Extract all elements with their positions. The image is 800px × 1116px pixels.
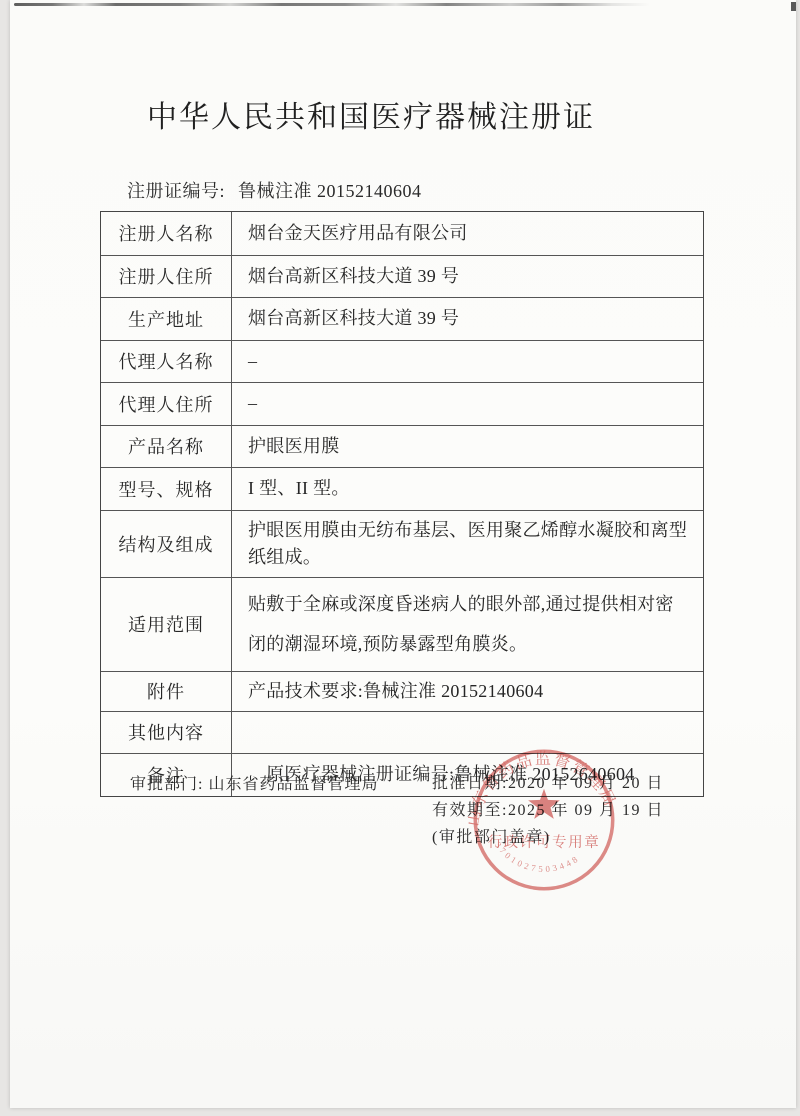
row-label-cell: 注册人住所 (101, 256, 232, 298)
approval-department-value: 山东省药品监督管理局 (208, 776, 378, 793)
table-row: 生产地址 烟台高新区科技大道 39 号 (101, 297, 703, 340)
row-label-cell: 型号、规格 (101, 468, 232, 510)
scan-artifact-corner-mark (791, 2, 796, 11)
approval-department-label: 审批部门: (130, 776, 203, 793)
row-label-cell: 注册人名称 (101, 212, 232, 255)
certificate-title: 中华人民共和国医疗器械注册证 (147, 92, 595, 136)
table-row: 代理人名称 – (101, 340, 703, 383)
row-label-cell: 生产地址 (101, 298, 232, 340)
certificate-table: 注册人名称 烟台金天医疗用品有限公司 注册人住所 烟台高新区科技大道 39 号 … (100, 211, 704, 797)
row-label-cell: 代理人住所 (101, 383, 232, 425)
row-value-cell: 烟台金天医疗用品有限公司 (232, 212, 703, 255)
row-value-cell: 烟台高新区科技大道 39 号 (232, 298, 703, 340)
seal-star-icon (528, 789, 560, 819)
row-value-cell: 产品技术要求:鲁械注准 20152140604 (232, 672, 703, 711)
table-row: 附件 产品技术要求:鲁械注准 20152140604 (101, 671, 703, 711)
official-red-seal: 山东省药品监督管理局 行政许可专用章 3701027503448 (468, 744, 620, 896)
row-value-cell: 护眼医用膜由无纺布基层、医用聚乙烯醇水凝胶和离型纸组成。 (232, 511, 703, 577)
row-label-cell: 结构及组成 (101, 511, 232, 577)
registration-number-value: 鲁械注准 20152140604 (238, 181, 422, 201)
table-row: 型号、规格 I 型、II 型。 (101, 467, 703, 510)
row-label-cell: 附件 (101, 672, 232, 711)
table-row: 注册人住所 烟台高新区科技大道 39 号 (101, 255, 703, 298)
row-label-cell: 代理人名称 (101, 341, 232, 383)
table-row: 代理人住所 – (101, 382, 703, 425)
scanned-certificate-page: 中华人民共和国医疗器械注册证 注册证编号: 鲁械注准 20152140604 注… (0, 0, 800, 1116)
row-label-cell: 适用范围 (101, 578, 232, 671)
row-value-cell: I 型、II 型。 (232, 468, 703, 510)
row-value-cell: 护眼医用膜 (232, 426, 703, 468)
table-row: 结构及组成 护眼医用膜由无纺布基层、医用聚乙烯醇水凝胶和离型纸组成。 (101, 510, 703, 577)
row-value-cell: – (232, 383, 703, 425)
registration-number-line: 注册证编号: 鲁械注准 20152140604 (127, 177, 422, 203)
registration-number-label: 注册证编号: (127, 181, 225, 201)
row-label-cell: 其他内容 (101, 712, 232, 754)
row-label-cell: 产品名称 (101, 426, 232, 468)
table-row: 适用范围 贴敷于全麻或深度昏迷病人的眼外部,通过提供相对密闭的潮湿环境,预防暴露… (101, 577, 703, 671)
row-value-cell: 贴敷于全麻或深度昏迷病人的眼外部,通过提供相对密闭的潮湿环境,预防暴露型角膜炎。 (232, 578, 703, 671)
approval-department-line: 审批部门: 山东省药品监督管理局 (130, 771, 378, 794)
row-value-cell: 烟台高新区科技大道 39 号 (232, 256, 703, 298)
seal-arc-text: 山东省药品监督管理局 (468, 749, 619, 828)
table-row: 产品名称 护眼医用膜 (101, 425, 703, 468)
row-value-cell: – (232, 341, 703, 383)
scan-artifact-top-edge (14, 3, 650, 6)
table-row: 注册人名称 烟台金天医疗用品有限公司 (101, 212, 703, 255)
